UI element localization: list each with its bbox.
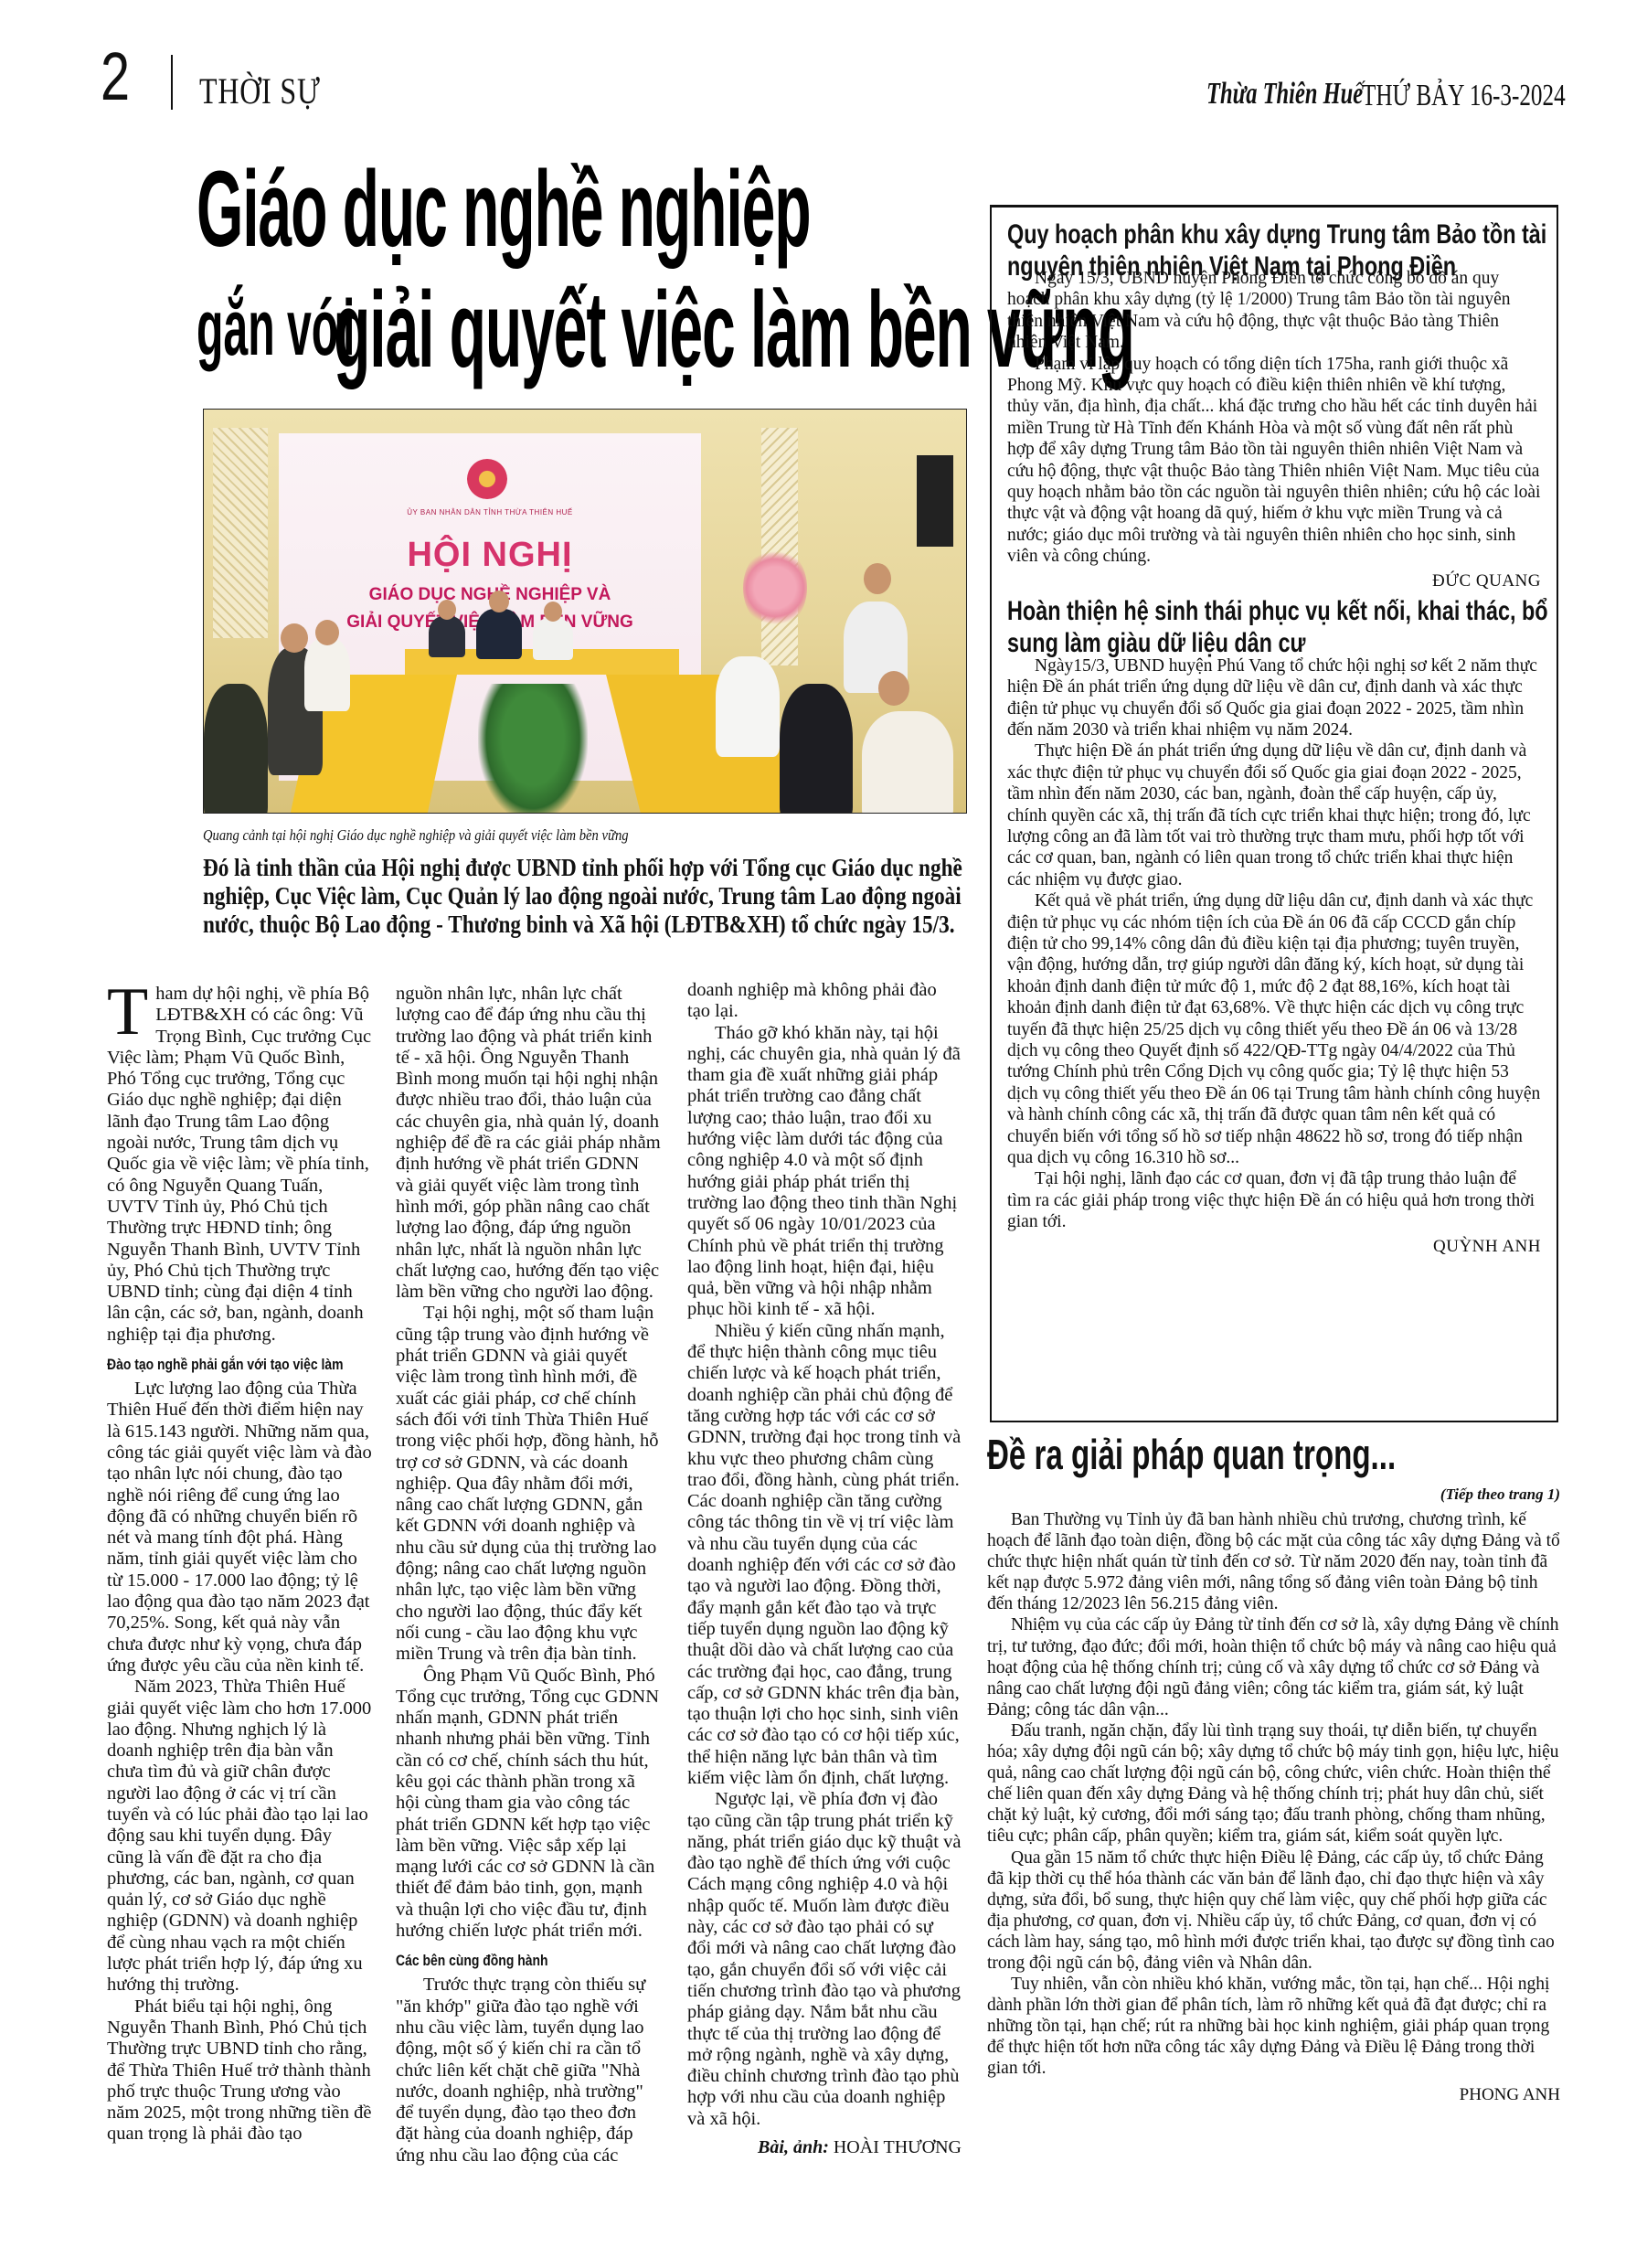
paragraph: Thực hiện Đề án phát triển ứng dụng dữ l… xyxy=(1007,740,1541,890)
subheading-2: Các bên cùng đồng hành xyxy=(396,1951,613,1971)
brief-article-1: Quy hoạch phân khu xây dựng Trung tâm Bả… xyxy=(992,208,1557,591)
paragraph: Lực lượng lao động của Thừa Thiên Huế đế… xyxy=(107,1379,372,1677)
subheading-1: Đào tạo nghề phải gắn với tạo việc làm xyxy=(107,1355,324,1375)
continued-article-author: PHONG ANH xyxy=(987,2085,1560,2105)
continued-from-label: (Tiếp theo trang 1) xyxy=(987,1485,1560,1504)
paragraph: Đấu tranh, ngăn chặn, đẩy lùi tình trạng… xyxy=(987,1720,1560,1847)
person xyxy=(304,638,350,711)
paragraph: Nhiều ý kiến cũng nhấn mạnh, để thực hiệ… xyxy=(687,1321,962,1790)
brief-1-author: ĐỨC QUANG xyxy=(1007,571,1541,591)
person-head xyxy=(315,620,339,645)
person xyxy=(716,656,780,757)
person-head xyxy=(544,602,562,622)
brief-2-body: Ngày15/3, UBND huyện Phú Vang tổ chức hộ… xyxy=(1007,655,1541,1233)
continued-article: Đề ra giải pháp quan trọng... (Tiếp theo… xyxy=(987,1429,1560,2105)
person-head xyxy=(864,563,891,594)
flower-stand xyxy=(743,547,807,629)
person-head xyxy=(438,600,456,620)
issue-date: THỨ BẢY 16-3-2024 xyxy=(1362,79,1566,113)
header-divider xyxy=(171,55,173,110)
paragraph: Ngày15/3, UBND huyện Phú Vang tổ chức hộ… xyxy=(1007,655,1541,741)
byline: Bài, ảnh: HOÀI THƯƠNG xyxy=(687,2137,962,2158)
paragraph: nguồn nhân lực, nhân lực chất lượng cao … xyxy=(396,984,661,1303)
paragraph: Ngược lại, về phía đơn vị đào tạo cũng c… xyxy=(687,1789,962,2130)
screen-org: ỦY BAN NHÂN DÂN TỈNH THỪA THIÊN HUẾ xyxy=(279,508,701,516)
byline-name: HOÀI THƯƠNG xyxy=(834,2137,962,2157)
screen-title: HỘI NGHỊ xyxy=(279,536,701,575)
person xyxy=(533,618,573,660)
national-emblem-icon xyxy=(467,459,507,499)
page-number: 2 xyxy=(101,48,130,106)
paragraph: Năm 2023, Thừa Thiên Huế giải quyết việc… xyxy=(107,1677,372,1996)
photo-lattice-left xyxy=(213,428,268,638)
person-head xyxy=(489,591,509,612)
paragraph: Phạm vi lập quy hoạch có tổng diện tích … xyxy=(1007,354,1541,568)
paragraph: doanh nghiệp mà không phải đào tạo lại. xyxy=(687,980,962,1023)
loudspeaker xyxy=(917,455,953,547)
continued-article-title: Đề ra giải pháp quan trọng... xyxy=(987,1429,1399,1480)
lead-paragraph: Đó là tinh thần của Hội nghị được UBND t… xyxy=(203,854,971,939)
brief-2-title: Hoàn thiện hệ sinh thái phục vụ kết nối,… xyxy=(1007,595,1549,659)
center-plant xyxy=(478,684,588,814)
paragraph: Kết quả về phát triển, ứng dụng dữ liệu … xyxy=(1007,890,1541,1168)
conference-photo: ỦY BAN NHÂN DÂN TỈNH THỪA THIÊN HUẾ HỘI … xyxy=(203,409,967,814)
body-column-1: Tham dự hội nghị, về phía Bộ LĐTB&XH có … xyxy=(107,984,372,2146)
paragraph: Phát biểu tại hội nghị, ông Nguyễn Thanh… xyxy=(107,1996,372,2146)
person-head xyxy=(878,671,909,706)
person-head xyxy=(281,623,308,653)
byline-label: Bài, ảnh: xyxy=(758,2137,829,2157)
paragraph: Trước thực trạng còn thiếu sự "ăn khớp" … xyxy=(396,1975,661,2167)
paragraph: Tại hội nghị, một số tham luận cũng tập … xyxy=(396,1303,661,1665)
headline-small-part: gắn với xyxy=(197,278,273,378)
headline-line-1: Giáo dục nghề nghiệp xyxy=(197,155,810,263)
photo-caption: Quang cảnh tại hội nghị Giáo dục nghề ng… xyxy=(203,825,629,846)
paragraph: Tại hội nghị, lãnh đạo các cơ quan, đơn … xyxy=(1007,1168,1541,1232)
continued-article-body: Ban Thường vụ Tỉnh ủy đã ban hành nhiều … xyxy=(987,1509,1560,2080)
body-column-3: doanh nghiệp mà không phải đào tạo lại. … xyxy=(687,980,962,2158)
person xyxy=(476,609,522,659)
drop-cap: T xyxy=(107,985,148,1038)
paragraph: Ban Thường vụ Tỉnh ủy đã ban hành nhiều … xyxy=(987,1509,1560,1614)
body-column-2: nguồn nhân lực, nhân lực chất lượng cao … xyxy=(396,984,661,2167)
paragraph: Tuy nhiên, vẫn còn nhiều khó khăn, vướng… xyxy=(987,1974,1560,2079)
paper-name: Thừa Thiên Huế xyxy=(1206,77,1363,112)
paragraph: Ông Phạm Vũ Quốc Bình, Phó Tổng cục trưở… xyxy=(396,1666,661,1943)
person xyxy=(862,711,953,814)
person xyxy=(780,684,853,814)
lead-text: Đó là tinh thần của Hội nghị được UBND t… xyxy=(203,854,973,939)
paragraph: Qua gần 15 năm tổ chức thực hiện Điều lệ… xyxy=(987,1847,1560,1975)
section-name: THỜI SỰ xyxy=(199,73,321,110)
person xyxy=(204,684,268,814)
paragraph: Tham dự hội nghị, về phía Bộ LĐTB&XH có … xyxy=(107,984,372,1346)
news-brief-box: Quy hoạch phân khu xây dựng Trung tâm Bả… xyxy=(990,205,1558,1422)
brief-1-body: Ngày 15/3, UBND huyện Phong Điền tổ chức… xyxy=(1007,268,1541,568)
paragraph: Tháo gỡ khó khăn này, tại hội nghị, các … xyxy=(687,1023,962,1321)
paragraph: Nhiệm vụ của các cấp ủy Đảng từ tỉnh đến… xyxy=(987,1614,1560,1720)
person xyxy=(429,616,465,657)
brief-1-title: Quy hoạch phân khu xây dựng Trung tâm Bả… xyxy=(1007,218,1549,282)
brief-article-2: Hoàn thiện hệ sinh thái phục vụ kết nối,… xyxy=(992,591,1557,1257)
headline-line-2: gắn với giải quyết việc làm bền vững xyxy=(197,278,334,378)
brief-2-author: QUỲNH ANH xyxy=(1007,1237,1541,1257)
